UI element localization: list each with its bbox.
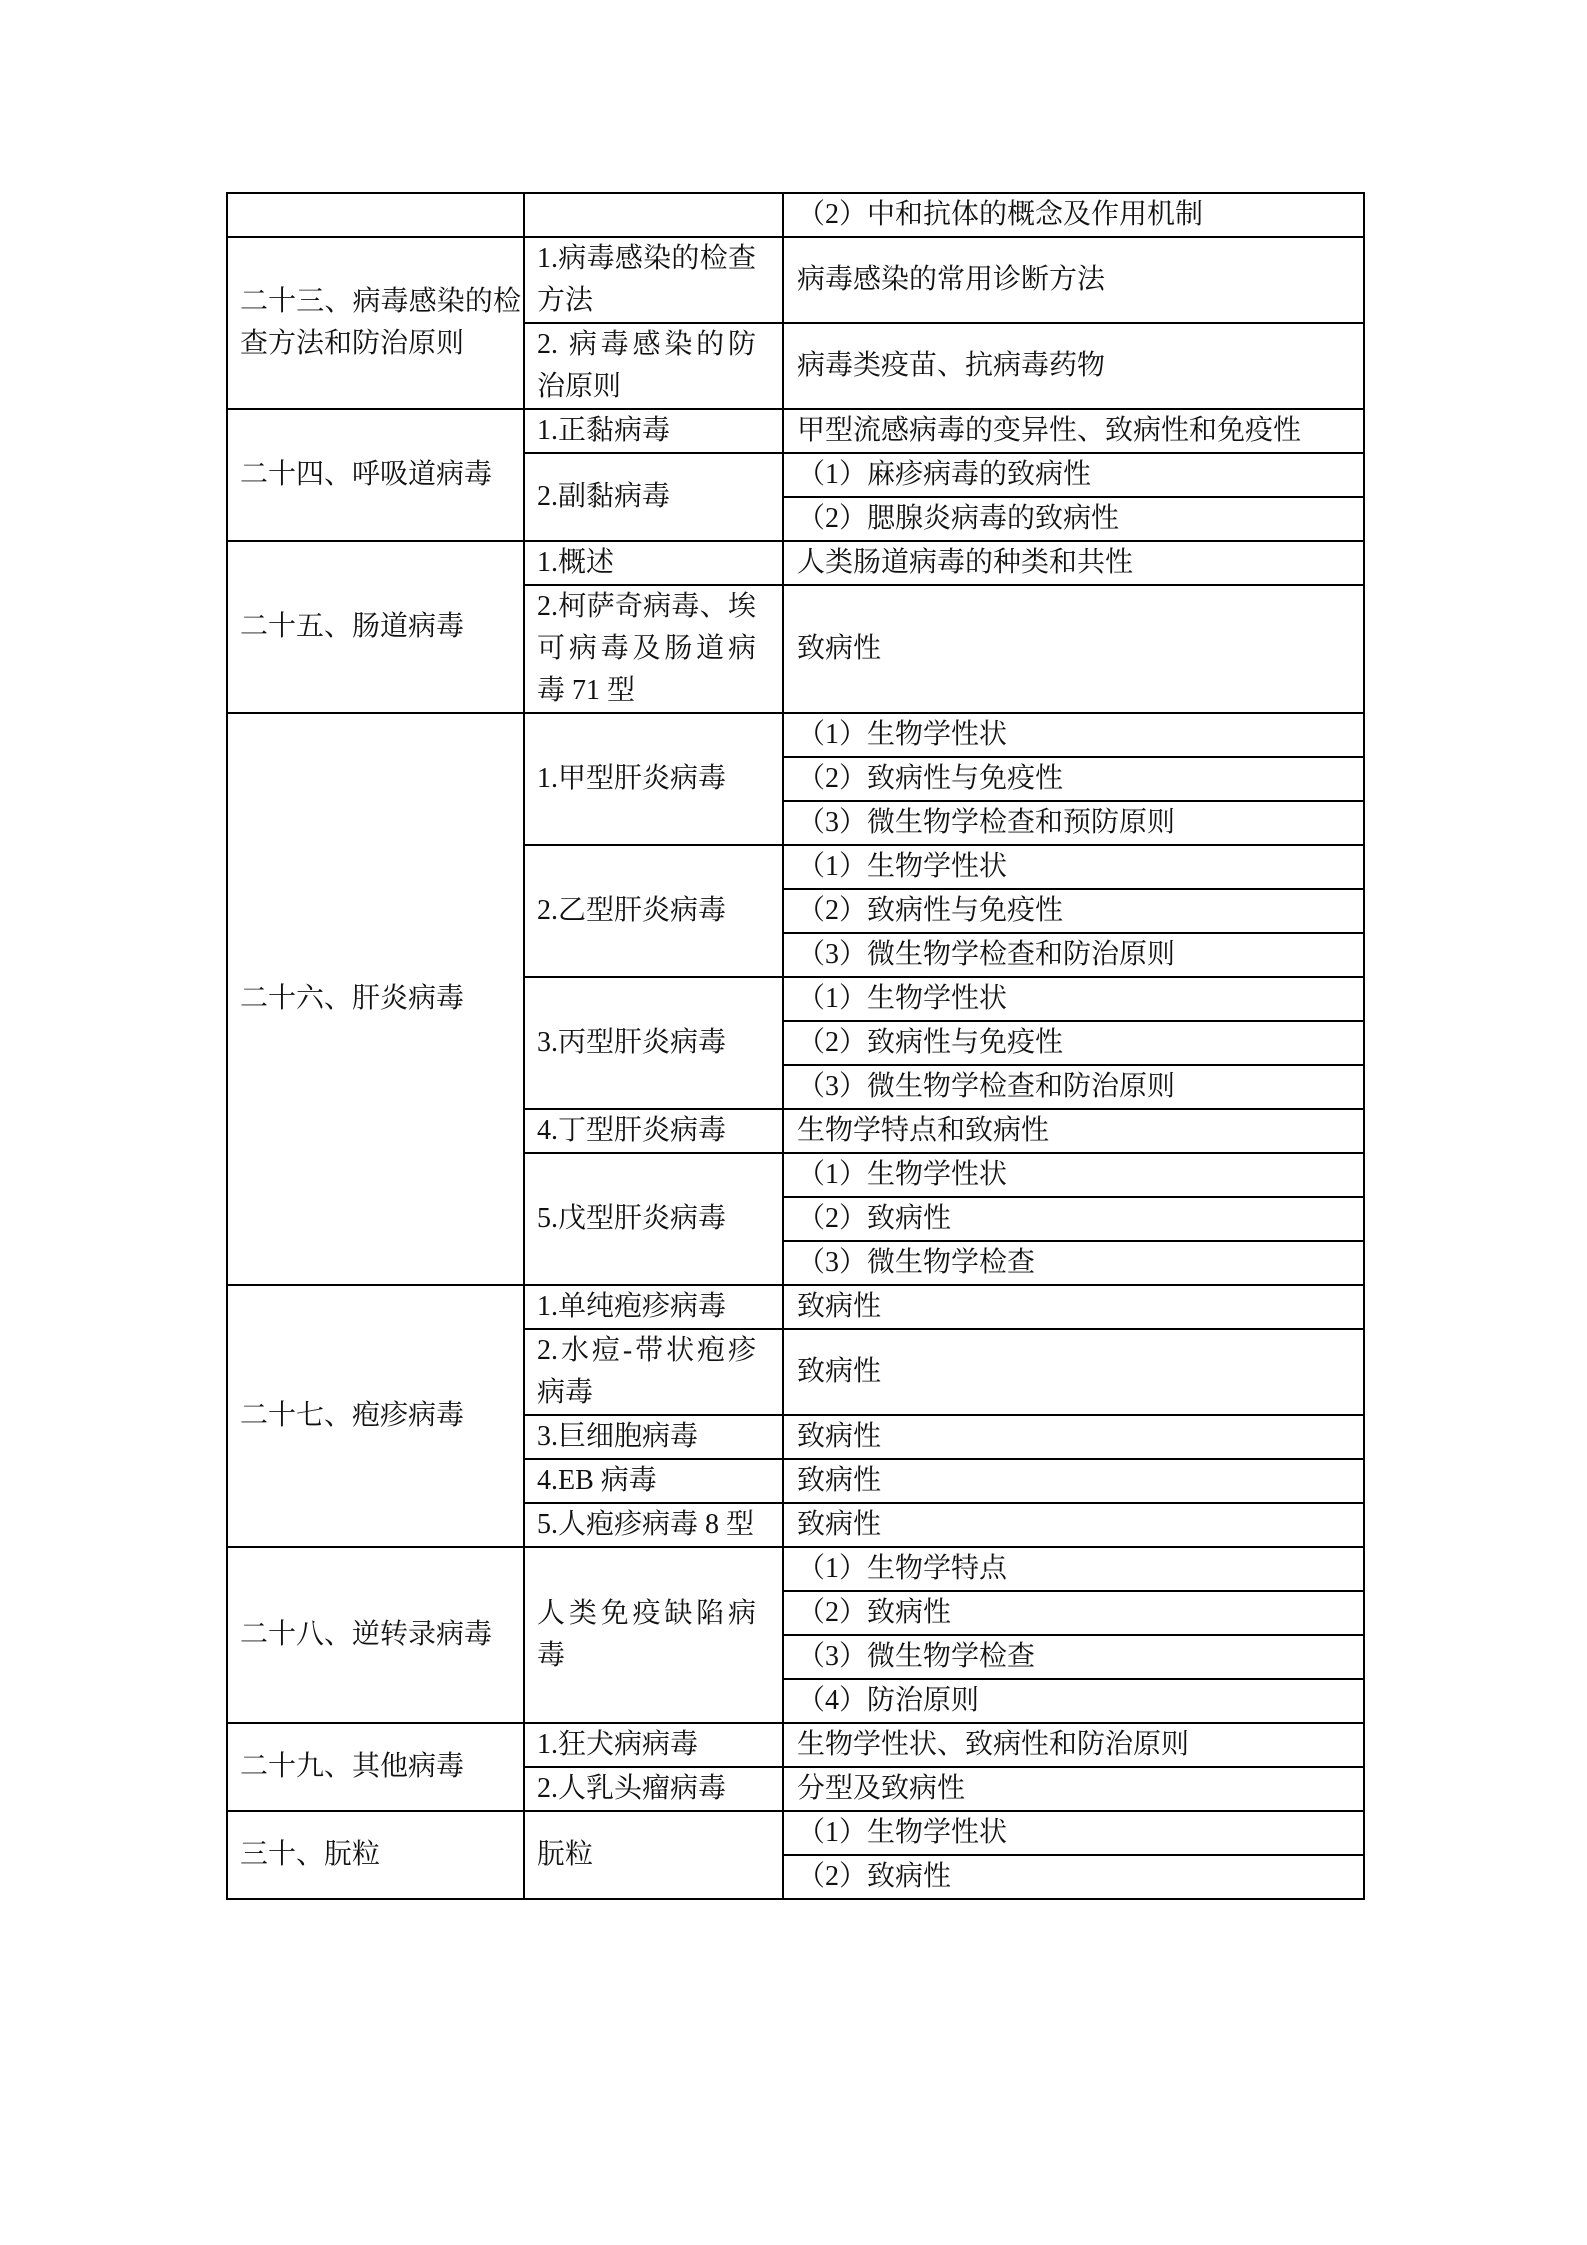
subtopic-cell: 2.副黏病毒	[524, 453, 783, 541]
topic-cell: 二十七、疱疹病毒	[227, 1285, 524, 1547]
subtopic-cell: 1.狂犬病病毒	[524, 1723, 783, 1767]
detail-cell: 生物学性状、致病性和防治原则	[783, 1723, 1364, 1767]
subtopic-cell: 4.丁型肝炎病毒	[524, 1109, 783, 1153]
topic-cell	[227, 193, 524, 237]
detail-cell: （2）致病性与免疫性	[783, 1021, 1364, 1065]
subtopic-cell: 4.EB 病毒	[524, 1459, 783, 1503]
detail-cell: （2）致病性	[783, 1591, 1364, 1635]
subtopic-cell: 2. 病毒感染的防治原则	[524, 323, 783, 409]
detail-cell: （1）生物学性状	[783, 845, 1364, 889]
detail-cell: （1）生物学性状	[783, 1811, 1364, 1855]
detail-cell: 致病性	[783, 1285, 1364, 1329]
detail-cell: （3）微生物学检查	[783, 1635, 1364, 1679]
subtopic-cell: 2.人乳头瘤病毒	[524, 1767, 783, 1811]
subtopic-cell: 1.单纯疱疹病毒	[524, 1285, 783, 1329]
detail-cell: （1）生物学特点	[783, 1547, 1364, 1591]
detail-cell: （2）腮腺炎病毒的致病性	[783, 497, 1364, 541]
topic-cell: 二十六、肝炎病毒	[227, 713, 524, 1285]
detail-cell: （3）微生物学检查和防治原则	[783, 1065, 1364, 1109]
detail-cell: （3）微生物学检查和预防原则	[783, 801, 1364, 845]
detail-cell: 分型及致病性	[783, 1767, 1364, 1811]
detail-cell: （2）致病性	[783, 1197, 1364, 1241]
subtopic-cell: 人类免疫缺陷病毒	[524, 1547, 783, 1723]
topic-cell: 二十八、逆转录病毒	[227, 1547, 524, 1723]
detail-cell: （2）致病性与免疫性	[783, 757, 1364, 801]
topic-cell: 二十三、病毒感染的检查方法和防治原则	[227, 237, 524, 409]
detail-cell: 病毒感染的常用诊断方法	[783, 237, 1364, 323]
table-row: 二十五、肠道病毒 1.概述 人类肠道病毒的种类和共性	[227, 541, 1364, 585]
detail-cell: 甲型流感病毒的变异性、致病性和免疫性	[783, 409, 1364, 453]
detail-cell: 生物学特点和致病性	[783, 1109, 1364, 1153]
subtopic-cell: 3.丙型肝炎病毒	[524, 977, 783, 1109]
detail-cell: （2）中和抗体的概念及作用机制	[783, 193, 1364, 237]
detail-cell: （3）微生物学检查	[783, 1241, 1364, 1285]
table-row: 二十八、逆转录病毒 人类免疫缺陷病毒 （1）生物学特点	[227, 1547, 1364, 1591]
detail-cell: 致病性	[783, 1415, 1364, 1459]
detail-cell: （4）防治原则	[783, 1679, 1364, 1723]
subtopic-cell: 1.甲型肝炎病毒	[524, 713, 783, 845]
detail-cell: 人类肠道病毒的种类和共性	[783, 541, 1364, 585]
table-row: 三十、朊粒 朊粒 （1）生物学性状	[227, 1811, 1364, 1855]
syllabus-table: （2）中和抗体的概念及作用机制 二十三、病毒感染的检查方法和防治原则 1.病毒感…	[226, 192, 1365, 1900]
table-row: （2）中和抗体的概念及作用机制	[227, 193, 1364, 237]
subtopic-cell: 朊粒	[524, 1811, 783, 1899]
subtopic-cell: 2.水痘-带状疱疹病毒	[524, 1329, 783, 1415]
table-row: 二十六、肝炎病毒 1.甲型肝炎病毒 （1）生物学性状	[227, 713, 1364, 757]
subtopic-cell: 2.乙型肝炎病毒	[524, 845, 783, 977]
subtopic-cell	[524, 193, 783, 237]
table-row: 二十三、病毒感染的检查方法和防治原则 1.病毒感染的检查方法 病毒感染的常用诊断…	[227, 237, 1364, 323]
subtopic-cell: 5.人疱疹病毒 8 型	[524, 1503, 783, 1547]
subtopic-cell: 1.概述	[524, 541, 783, 585]
subtopic-cell: 1.正黏病毒	[524, 409, 783, 453]
topic-cell: 三十、朊粒	[227, 1811, 524, 1899]
page: { "table": { "border_color": "#000000", …	[0, 0, 1587, 2245]
detail-cell: （1）生物学性状	[783, 977, 1364, 1021]
table-row: 二十九、其他病毒 1.狂犬病病毒 生物学性状、致病性和防治原则	[227, 1723, 1364, 1767]
topic-cell: 二十九、其他病毒	[227, 1723, 524, 1811]
detail-cell: （1）麻疹病毒的致病性	[783, 453, 1364, 497]
detail-cell: （2）致病性	[783, 1855, 1364, 1899]
topic-cell: 二十五、肠道病毒	[227, 541, 524, 713]
detail-cell: 致病性	[783, 1329, 1364, 1415]
detail-cell: （3）微生物学检查和防治原则	[783, 933, 1364, 977]
subtopic-cell: 5.戊型肝炎病毒	[524, 1153, 783, 1285]
detail-cell: 致病性	[783, 1459, 1364, 1503]
detail-cell: 致病性	[783, 1503, 1364, 1547]
detail-cell: （1）生物学性状	[783, 713, 1364, 757]
table-row: 二十四、呼吸道病毒 1.正黏病毒 甲型流感病毒的变异性、致病性和免疫性	[227, 409, 1364, 453]
topic-cell: 二十四、呼吸道病毒	[227, 409, 524, 541]
detail-cell: 致病性	[783, 585, 1364, 713]
detail-cell: （2）致病性与免疫性	[783, 889, 1364, 933]
subtopic-cell: 2.柯萨奇病毒、埃可病毒及肠道病毒 71 型	[524, 585, 783, 713]
detail-cell: （1）生物学性状	[783, 1153, 1364, 1197]
subtopic-cell: 1.病毒感染的检查方法	[524, 237, 783, 323]
detail-cell: 病毒类疫苗、抗病毒药物	[783, 323, 1364, 409]
table-row: 二十七、疱疹病毒 1.单纯疱疹病毒 致病性	[227, 1285, 1364, 1329]
subtopic-cell: 3.巨细胞病毒	[524, 1415, 783, 1459]
